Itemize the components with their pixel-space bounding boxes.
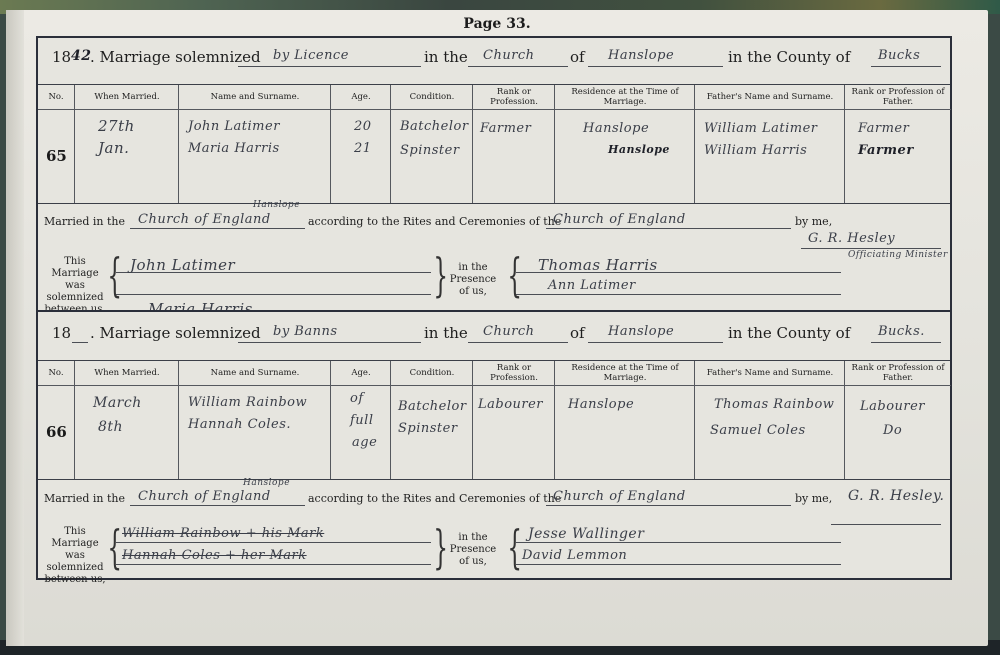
when-married-day: 8th (98, 419, 123, 435)
age-line-1: of (350, 391, 364, 406)
place-type: Church (483, 324, 535, 339)
married-in-value: Church of England (138, 212, 271, 227)
entry-table: No. When Married. Name and Surname. Age.… (38, 360, 950, 480)
officiant-signature: G. R. Hesley (808, 231, 895, 246)
solemnized-by: by Banns (273, 324, 338, 339)
left-brace: { (107, 252, 122, 298)
solemnized-label: . Marriage solemnized (90, 324, 261, 342)
header-name: Name and Surname. (179, 85, 331, 110)
header-condition: Condition. (391, 85, 473, 110)
bride-signature-mark: Hannah Coles + her Mark (122, 548, 307, 563)
groom-father: Thomas Rainbow (714, 397, 834, 412)
county-label: in the County of (728, 324, 850, 342)
marriage-entry-66: 18 . Marriage solemnized by Banns in the… (36, 310, 952, 580)
bride-father-profession: Farmer (858, 143, 914, 158)
county: Bucks. (878, 324, 925, 339)
parish: Hanslope (608, 48, 674, 63)
bride-residence: Hanslope (608, 143, 670, 156)
bride-father: William Harris (704, 143, 807, 158)
header-when-married: When Married. (75, 85, 179, 110)
entry-table: No. When Married. Name and Surname. Age.… (38, 84, 950, 204)
groom-residence: Hanslope (568, 397, 634, 412)
header-age: Age. (331, 361, 391, 386)
when-married-day: 27th (98, 117, 135, 135)
witness-2: Ann Latimer (548, 278, 636, 293)
in-the-label: in the (424, 324, 468, 342)
of-label: of (570, 324, 585, 342)
witness-1: Thomas Harris (538, 256, 658, 274)
presence-label: in thePresenceof us, (443, 532, 503, 568)
county: Bucks (878, 48, 920, 63)
page-title: Page 33. (6, 16, 988, 32)
witness-1: Jesse Wallinger (528, 526, 644, 542)
header-profession: Rank or Profession. (473, 85, 555, 110)
rites-value: Church of England (553, 212, 686, 227)
groom-father-profession: Farmer (858, 121, 909, 136)
year-prefix: 18 (52, 48, 71, 66)
of-label: of (570, 48, 585, 66)
bride-name: Hannah Coles. (188, 417, 291, 432)
bride-name: Maria Harris (188, 141, 280, 156)
groom-name: John Latimer (188, 119, 280, 134)
between-label: This Marriagewassolemnizedbetween us, (40, 526, 110, 586)
bride-condition: Spinster (400, 143, 460, 158)
header-no: No. (38, 85, 74, 110)
place-type: Church (483, 48, 535, 63)
groom-condition: Batchelor (400, 119, 469, 134)
header-residence: Residence at the Time of Marriage. (555, 361, 695, 386)
by-me-label: by me, (795, 492, 832, 505)
groom-father: William Latimer (704, 121, 817, 136)
groom-name: William Rainbow (188, 395, 307, 410)
groom-signature-mark: William Rainbow + his Mark (122, 526, 324, 541)
officiant-title: Officiating Minister (848, 250, 948, 260)
marriage-entry-65: 18 42 . Marriage solemnized by Licence i… (36, 36, 952, 322)
between-label: This Marriagewassolemnizedbetween us, (40, 256, 110, 316)
by-me-label: by me, (795, 215, 832, 228)
header-condition: Condition. (391, 361, 473, 386)
header-residence: Residence at the Time of Marriage. (555, 85, 695, 110)
header-father-profession: Rank or Profession of Father. (845, 361, 951, 386)
groom-profession: Farmer (480, 121, 531, 136)
married-in-correction: Hanslope (243, 478, 290, 488)
bride-condition: Spinster (398, 421, 458, 436)
header-profession: Rank or Profession. (473, 361, 555, 386)
bride-father-profession: Do (883, 423, 902, 438)
groom-residence: Hanslope (583, 121, 649, 136)
header-name: Name and Surname. (179, 361, 331, 386)
when-married-month: Jan. (98, 139, 129, 157)
bride-father: Samuel Coles (710, 423, 806, 438)
married-in-label: Married in the (44, 492, 125, 505)
rites-label: according to the Rites and Ceremonies of… (308, 492, 561, 505)
bride-age: 21 (354, 141, 372, 156)
solemnized-label: . Marriage solemnized (90, 48, 261, 66)
header-father-name: Father's Name and Surname. (695, 361, 845, 386)
parish: Hanslope (608, 324, 674, 339)
groom-signature: John Latimer (130, 256, 235, 274)
rites-label: according to the Rites and Ceremonies of… (308, 215, 561, 228)
year-prefix: 18 (52, 324, 71, 342)
header-no: No. (38, 361, 74, 386)
header-father-name: Father's Name and Surname. (695, 85, 845, 110)
married-in-correction: Hanslope (253, 200, 300, 210)
age-line-3: age (352, 435, 377, 450)
in-the-label: in the (424, 48, 468, 66)
when-married-month: March (93, 395, 142, 411)
presence-label: in thePresenceof us, (443, 262, 503, 298)
header-when-married: When Married. (75, 361, 179, 386)
married-in-label: Married in the (44, 215, 125, 228)
entry-number: 65 (46, 147, 67, 165)
witness-brace: { (507, 252, 522, 298)
groom-age: 20 (354, 119, 372, 134)
county-label: in the County of (728, 48, 850, 66)
register-page: Page 33. 18 42 . Marriage solemnized by … (6, 10, 988, 646)
groom-father-profession: Labourer (860, 399, 925, 414)
officiant-signature: G. R. Hesley. (848, 488, 944, 504)
header-age: Age. (331, 85, 391, 110)
groom-condition: Batchelor (398, 399, 467, 414)
groom-profession: Labourer (478, 397, 543, 412)
married-in-value: Church of England (138, 489, 271, 504)
rites-value: Church of England (553, 489, 686, 504)
header-father-profession: Rank or Profession of Father. (845, 85, 951, 110)
entry-number: 66 (46, 423, 67, 441)
age-line-2: full (350, 413, 374, 428)
solemnized-by: by Licence (273, 48, 349, 63)
page-gutter (6, 10, 24, 646)
witness-2: David Lemmon (522, 548, 627, 563)
year-suffix: 42 (71, 48, 91, 64)
